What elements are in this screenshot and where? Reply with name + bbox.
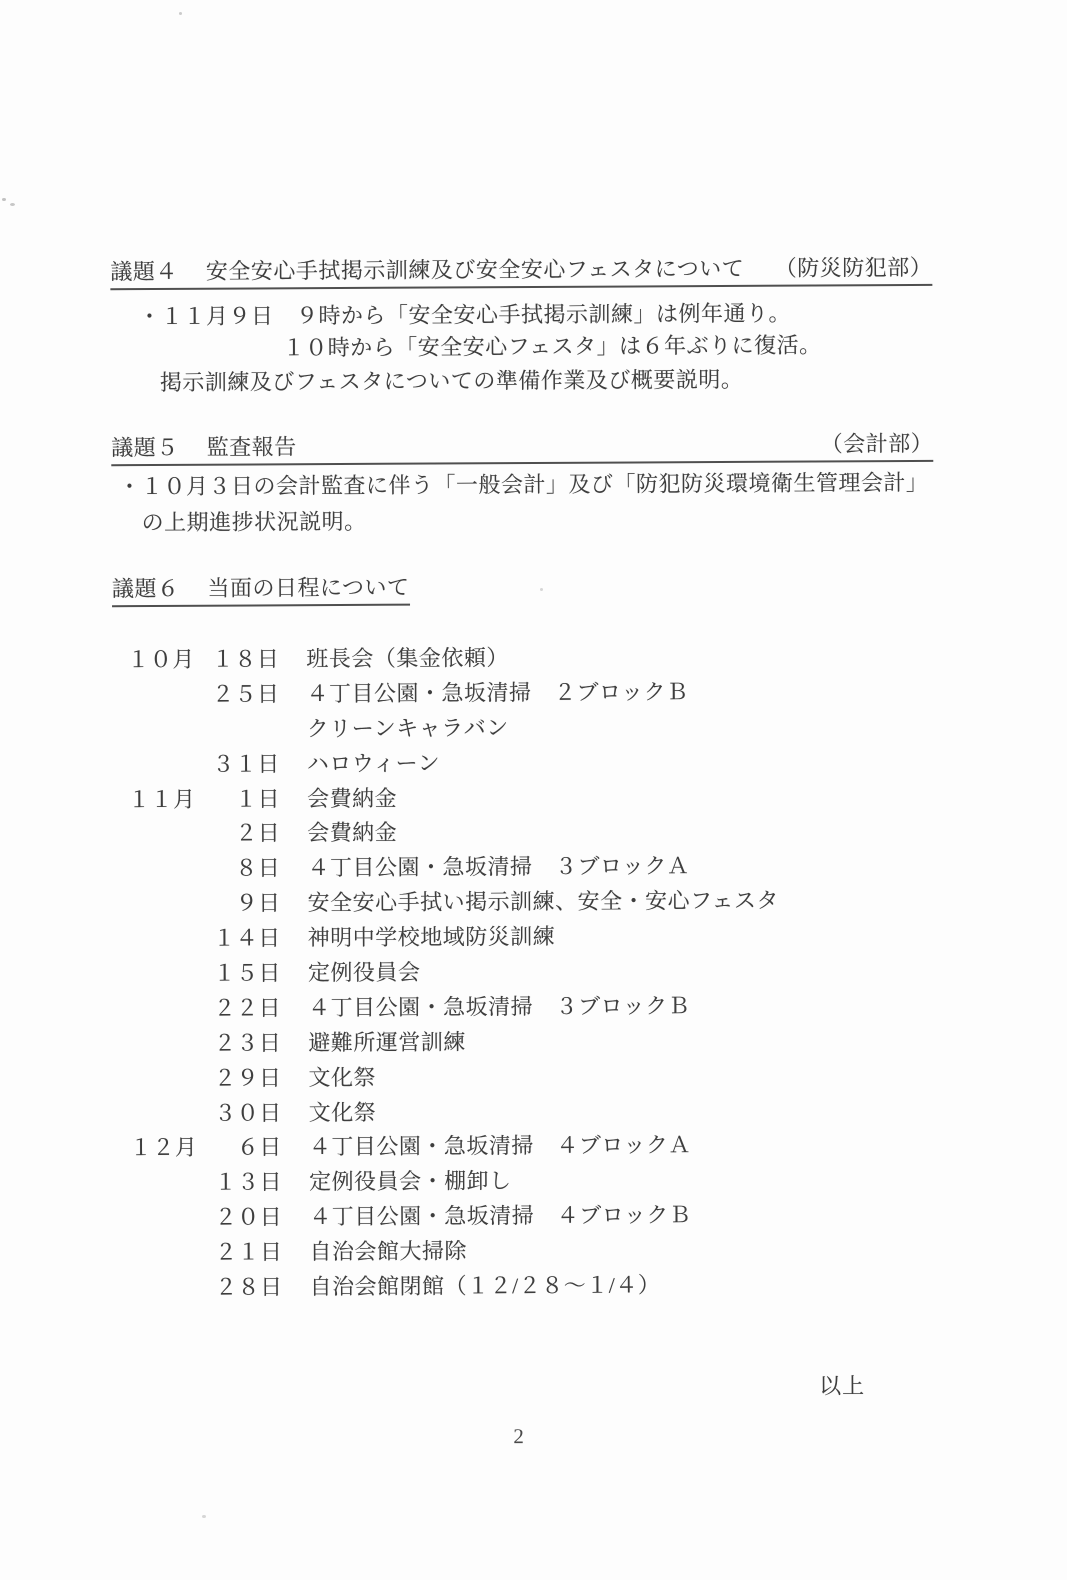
day-cell: １４日 [211,924,281,959]
event-cell: 会費納金 [307,819,397,854]
day-cell: ２日 [210,820,280,855]
schedule-row: ２１日自治会館大掃除 [130,1236,781,1274]
day-cell: ２１日 [212,1238,282,1273]
day-cell: ２０日 [212,1204,282,1239]
schedule-row: １４日神明中学校地域防災訓練 [129,922,780,960]
month-cell [128,715,210,750]
agenda6-label: 議題６ [112,575,180,602]
month-cell [128,855,210,890]
month-cell: １１月 [128,785,210,820]
month-cell [128,750,210,785]
event-cell: 文化祭 [309,1098,377,1133]
day-cell: ６日 [212,1134,282,1169]
event-cell: 文化祭 [308,1064,376,1099]
day-cell: ３１日 [210,750,280,785]
schedule-row: ２９日文化祭 [129,1061,780,1099]
event-cell: ４丁目公園・急坂清掃 ３ブロックＡ [307,853,689,890]
day-cell: １５日 [211,959,281,994]
agenda4-line-2: １０時から「安全安心フェスタ」は６年ぶりに復活。 [283,331,822,362]
scan-speckle [540,588,543,591]
event-cell: クリーンキャラバン [307,714,509,750]
month-cell [129,995,211,1030]
month-cell [130,1239,212,1274]
schedule-row: ９日安全安心手拭い掲示訓練、安全・安心フェスタ [129,887,780,925]
agenda4-title: 安全安心手拭掲示訓練及び安全安心フェスタについて [206,255,745,285]
schedule-row: １２月６日４丁目公園・急坂清掃 ４ブロックＡ [130,1131,781,1169]
schedule-row: ８日４丁目公園・急坂清掃 ３ブロックＡ [128,852,779,890]
day-cell: ２３日 [211,1029,281,1064]
day-cell: １８日 [209,645,279,680]
schedule-row: ３０日文化祭 [130,1096,781,1134]
schedule-row: １１月１日会費納金 [128,782,779,820]
agenda4-heading: 議題４ 安全安心手拭掲示訓練及び安全安心フェスタについて （防災防犯部） [110,254,932,290]
month-cell: １０月 [127,646,209,681]
day-cell: ８日 [210,855,280,890]
agenda4-line-3: 掲示訓練及びフェスタについての準備作業及び概要説明。 [160,366,744,397]
event-cell: 班長会（集金依頼） [306,644,509,680]
event-cell: ４丁目公園・急坂清掃 ４ブロックＢ [309,1201,691,1238]
schedule-row: ３１日ハロウィーン [128,747,779,785]
agenda4-label: 議題４ [110,258,178,285]
agenda4-dept: （防災防犯部） [775,254,933,282]
schedule-row: １５日定例役員会 [129,957,780,995]
day-cell [210,715,280,750]
day-cell: ３０日 [212,1099,282,1134]
scan-speckle [202,1515,206,1518]
closing-text: 以上 [819,1369,865,1400]
month-cell [129,890,211,925]
month-cell [128,820,210,855]
document-content: 議題４ 安全安心手拭掲示訓練及び安全安心フェスタについて （防災防犯部） ・１１… [0,0,1067,1580]
schedule-row: ２５日４丁目公園・急坂清掃 ２ブロックＢ [127,678,778,716]
agenda5-title: 監査報告 [207,433,297,460]
month-cell [131,1274,213,1309]
agenda5-label: 議題５ [111,434,179,461]
page-number: 2 [513,1424,524,1449]
event-cell: 定例役員会・棚卸し [309,1167,512,1203]
event-cell: 自治会館大掃除 [309,1237,467,1273]
month-cell [130,1204,212,1239]
month-cell: １２月 [130,1134,212,1169]
event-cell: 会費納金 [307,784,397,819]
schedule-row: ２０日４丁目公園・急坂清掃 ４ブロックＢ [130,1201,781,1239]
month-cell [127,681,209,716]
schedule-row: ２２日４丁目公園・急坂清掃 ３ブロックＢ [129,992,780,1030]
month-cell [129,960,211,995]
event-cell: 神明中学校地域防災訓練 [308,923,556,959]
event-cell: 定例役員会 [308,959,421,994]
schedule-row: ２３日避難所運営訓練 [129,1027,780,1065]
schedule-row: ２日会費納金 [128,817,779,855]
event-cell: 自治会館閉館（１２/２８～１/４） [310,1271,661,1308]
agenda5-line-2: の上期進捗状況説明。 [142,508,367,537]
month-cell [129,1064,211,1099]
agenda5-dept: （会計部） [821,430,934,458]
event-cell: 避難所運営訓練 [308,1028,466,1064]
day-cell: １日 [210,785,280,820]
schedule-table: １０月１８日班長会（集金依頼）２５日４丁目公園・急坂清掃 ２ブロックＢクリーンキ… [127,643,781,1309]
month-cell [130,1169,212,1204]
scan-speckle [2,198,6,201]
day-cell: ２５日 [209,680,279,715]
agenda5-heading: 議題５ 監査報告 （会計部） [111,430,933,466]
scan-speckle [179,12,182,15]
schedule-row: １３日定例役員会・棚卸し [130,1166,781,1204]
month-cell [130,1099,212,1134]
scanned-document-page: 議題４ 安全安心手拭掲示訓練及び安全安心フェスタについて （防災防犯部） ・１１… [0,0,1067,1580]
agenda5-line-1: ・１０月３日の会計監査に伴う「一般会計」及び「防犯防災環境衛生管理会計」 [118,469,928,501]
day-cell: ９日 [211,890,281,925]
event-cell: ハロウィーン [307,749,440,785]
month-cell [129,925,211,960]
day-cell: １３日 [212,1169,282,1204]
agenda4-line-1: ・１１月９日 ９時から「安全安心手拭掲示訓練」は例年通り。 [138,300,791,331]
day-cell: ２９日 [211,1064,281,1099]
event-cell: ４丁目公園・急坂清掃 ３ブロックＢ [308,992,690,1029]
event-cell: ４丁目公園・急坂清掃 ２ブロックＢ [306,678,688,715]
event-cell: 安全安心手拭い掲示訓練、安全・安心フェスタ [308,887,780,924]
event-cell: ４丁目公園・急坂清掃 ４ブロックＡ [309,1132,691,1169]
scan-speckle [10,203,15,206]
day-cell: ２８日 [213,1273,283,1308]
month-cell [129,1029,211,1064]
agenda6-title: 当面の日程について [207,574,409,602]
agenda6-heading: 議題６ 当面の日程について [112,574,410,608]
schedule-row: クリーンキャラバン [128,713,779,751]
day-cell: ２２日 [211,994,281,1029]
schedule-row: ２８日自治会館閉館（１２/２８～１/４） [131,1271,782,1309]
schedule-row: １０月１８日班長会（集金依頼） [127,643,778,681]
